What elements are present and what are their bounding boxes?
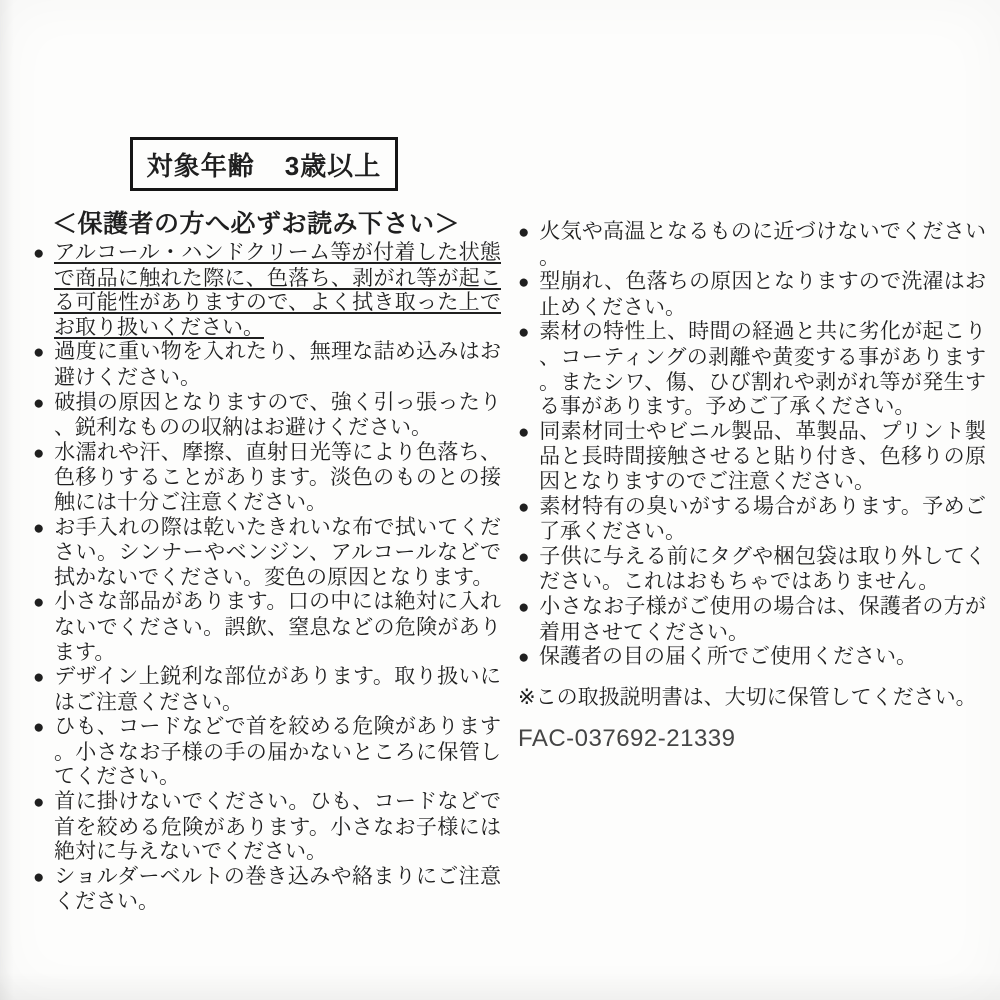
bullet-icon: ● [518,546,539,571]
bullet-icon: ● [518,221,539,246]
instruction-sheet-page: 対象年齢 3歳以上 ＜保護者の方へ必ずお読み下さい＞ ●アルコール・ハンドクリー… [0,0,1000,1000]
warning-text: 素材特有の臭いがする場合があります。予めご了承ください。 [539,495,986,544]
bullet-icon: ● [518,271,539,296]
guardian-notice-heading: ＜保護者の方へ必ずお読み下さい＞ [52,204,460,240]
list-item: ●破損の原因となりますので、強く引っ張ったり、鋭利なものの収納はお避けください。 [33,391,501,441]
bullet-icon: ● [33,517,54,542]
list-item: ●小さなお子様がご使用の場合は、保護者の方が着用させてください。 [518,595,986,645]
warning-text: 火気や高温となるものに近づけないでください。 [539,220,986,269]
warning-text: アルコール・ハンドクリーム等が付着した状態で商品に触れた際に、色落ち、剥がれ等が… [54,241,501,339]
bullet-icon: ● [33,666,54,691]
warning-text: デザイン上鋭利な部位があります。取り扱いにはご注意ください。 [54,665,501,714]
list-item: ●素材の特性上、時間の経過と共に劣化が起こり、コーティングの剥離や黄変する事があ… [518,320,986,419]
warning-text: 小さな部品があります。口の中には絶対に入れないでください。誤飲、窒息などの危険が… [54,590,501,663]
list-item: ●子供に与える前にタグや梱包袋は取り外してください。これはおもちゃではありません… [518,545,986,595]
bullet-icon: ● [518,496,539,521]
age-grade-box: 対象年齢 3歳以上 [130,137,398,191]
bullet-icon: ● [518,321,539,346]
list-item: ●火気や高温となるものに近づけないでください。 [518,220,986,270]
warnings-column-left: ●アルコール・ハンドクリーム等が付着した状態で商品に触れた際に、色落ち、剥がれ等… [33,241,501,915]
bullet-icon: ● [33,716,54,741]
list-item: ●素材特有の臭いがする場合があります。予めご了承ください。 [518,495,986,545]
list-item: ●ひも、コードなどで首を絞める危険があります。小さなお子様の手の届かないところに… [33,715,501,790]
list-item: ●過度に重い物を入れたり、無理な詰め込みはお避けください。 [33,340,501,390]
bullet-icon: ● [33,442,54,467]
warning-text: 子供に与える前にタグや梱包袋は取り外してください。これはおもちゃではありません。 [539,545,986,594]
bullet-icon: ● [33,791,54,816]
list-item: ●ショルダーベルトの巻き込みや絡まりにご注意ください。 [33,865,501,915]
warning-text: 過度に重い物を入れたり、無理な詰め込みはお避けください。 [54,340,501,389]
warning-text: ひも、コードなどで首を絞める危険があります。小さなお子様の手の届かないところに保… [54,715,501,788]
bullet-icon: ● [33,591,54,616]
warning-text: 型崩れ、色落ちの原因となりますので洗濯はお止めください。 [539,270,986,319]
list-item: ●お手入れの際は乾いたきれいな布で拭いてください。シンナーやベンジン、アルコール… [33,516,501,591]
warning-text: 素材の特性上、時間の経過と共に劣化が起こり、コーティングの剥離や黄変する事があり… [539,320,986,418]
list-item: ●同素材同士やビニル製品、革製品、プリント製品と長時間接触させると貼り付き、色移… [518,420,986,495]
list-item: ●首に掛けないでください。ひも、コードなどで首を絞める危険があります。小さなお子… [33,790,501,865]
bullet-icon: ● [518,646,539,671]
bullet-icon: ● [33,341,54,366]
age-grade-value: 3歳以上 [285,146,381,183]
warnings-column-right: ●火気や高温となるものに近づけないでください。 ●型崩れ、色落ちの原因となります… [518,220,986,752]
list-item: ●デザイン上鋭利な部位があります。取り扱いにはご注意ください。 [33,665,501,715]
list-item: ●型崩れ、色落ちの原因となりますので洗濯はお止めください。 [518,270,986,320]
warning-list-left: ●アルコール・ハンドクリーム等が付着した状態で商品に触れた際に、色落ち、剥がれ等… [33,241,501,915]
bullet-icon: ● [33,866,54,891]
list-item: ●水濡れや汗、摩擦、直射日光等により色落ち、色移りすることがあります。淡色のもの… [33,441,501,516]
age-grade-label: 対象年齢 [147,146,255,183]
keep-manual-note: ※この取扱説明書は、大切に保管してください。 [518,686,986,711]
warning-text: お手入れの際は乾いたきれいな布で拭いてください。シンナーやベンジン、アルコールな… [54,516,501,589]
list-item: ●アルコール・ハンドクリーム等が付着した状態で商品に触れた際に、色落ち、剥がれ等… [33,241,501,340]
bullet-icon: ● [33,242,54,267]
warning-text: ショルダーベルトの巻き込みや絡まりにご注意ください。 [54,865,501,914]
warning-list-right: ●火気や高温となるものに近づけないでください。 ●型崩れ、色落ちの原因となります… [518,220,986,671]
warning-text: 小さなお子様がご使用の場合は、保護者の方が着用させてください。 [539,595,986,644]
fac-code: FAC-037692-21339 [518,727,986,752]
bullet-icon: ● [518,596,539,621]
warning-text: 首に掛けないでください。ひも、コードなどで首を絞める危険があります。小さなお子様… [54,790,501,863]
bullet-icon: ● [33,392,54,417]
bullet-icon: ● [518,421,539,446]
list-item: ●保護者の目の届く所でご使用ください。 [518,645,986,671]
warning-text: 破損の原因となりますので、強く引っ張ったり、鋭利なものの収納はお避けください。 [54,391,501,440]
warning-text: 保護者の目の届く所でご使用ください。 [539,645,917,668]
warning-text: 水濡れや汗、摩擦、直射日光等により色落ち、色移りすることがあります。淡色のものと… [54,441,501,514]
warning-text: 同素材同士やビニル製品、革製品、プリント製品と長時間接触させると貼り付き、色移り… [539,420,986,493]
list-item: ●小さな部品があります。口の中には絶対に入れないでください。誤飲、窒息などの危険… [33,590,501,665]
